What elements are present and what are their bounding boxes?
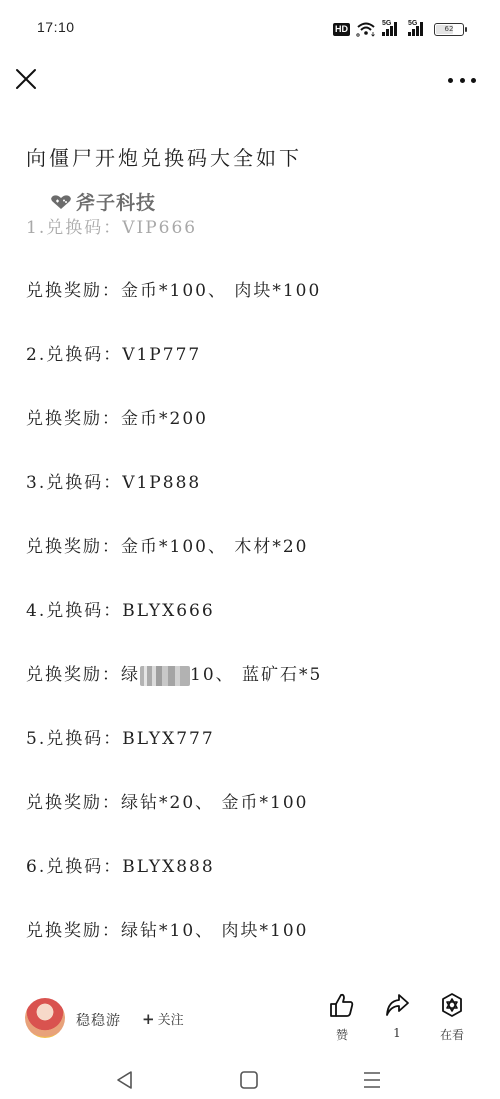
- status-bar: 17:10 HD 5G 5G 62: [0, 0, 500, 60]
- entry-4-code: 4.兑换码：BLYX666: [26, 596, 215, 621]
- entry-2-code: 2.兑换码：V1P777: [26, 340, 201, 365]
- article-footer: 稳稳游 + 关注 赞 1 在看: [0, 988, 500, 1048]
- top-nav: [0, 60, 500, 100]
- share-icon: [384, 992, 410, 1018]
- more-horizontal-icon: [448, 78, 453, 83]
- entry-1-code: 1.兑换码：VIP666: [26, 213, 197, 238]
- cell-signal-icon-1: 5G: [382, 22, 402, 36]
- entry-2-reward: 兑换奖励：金币*200: [26, 404, 208, 429]
- entry-4-reward: 兑换奖励：绿10、 蓝矿石*5: [26, 660, 322, 686]
- plus-icon: +: [142, 1010, 155, 1028]
- home-square-icon: [237, 1068, 261, 1092]
- more-options-button[interactable]: [448, 70, 476, 90]
- article-title: 向僵尸开炮兑换码大全如下: [26, 140, 476, 176]
- close-icon: [14, 67, 38, 91]
- battery-icon: 62: [434, 23, 464, 36]
- entry-1-reward: 兑换奖励：金币*100、 肉块*100: [26, 276, 321, 301]
- close-button[interactable]: [14, 67, 38, 91]
- entry-3-reward: 兑换奖励：金币*100、 木材*20: [26, 532, 308, 557]
- watermark-text: 斧子科技: [76, 188, 156, 215]
- thumbs-up-icon: [329, 992, 355, 1018]
- entry-5-code: 5.兑换码：BLYX777: [26, 724, 215, 749]
- entry-5-reward: 兑换奖励：绿钻*20、 金币*100: [26, 788, 308, 813]
- back-button[interactable]: [113, 1068, 137, 1092]
- gamepad-heart-icon: [50, 194, 72, 210]
- cell-signal-icon-2: 5G: [408, 22, 428, 36]
- author-name[interactable]: 稳稳游: [76, 1010, 121, 1030]
- follow-button[interactable]: + 关注: [142, 1009, 184, 1028]
- wow-star-icon: [439, 992, 465, 1018]
- home-button[interactable]: [237, 1068, 261, 1092]
- wow-button[interactable]: 在看: [430, 992, 474, 1043]
- wifi-icon: [356, 22, 376, 37]
- article-body: 向僵尸开炮兑换码大全如下 斧子科技 1.兑换码：VIP666 兑换奖励：金币*1…: [26, 140, 476, 176]
- system-navigation-bar: [0, 1068, 500, 1099]
- hd-voice-icon: HD: [333, 23, 350, 36]
- smudged-text-overlay: [140, 666, 190, 686]
- like-button[interactable]: 赞: [320, 992, 364, 1043]
- entry-6-reward: 兑换奖励：绿钻*10、 肉块*100: [26, 916, 308, 941]
- entry-3-code: 3.兑换码：V1P888: [26, 468, 201, 493]
- status-icons: HD 5G 5G 62: [333, 20, 464, 38]
- watermark: 斧子科技: [50, 188, 156, 215]
- entry-6-code: 6.兑换码：BLYX888: [26, 852, 215, 877]
- menu-lines-icon: [360, 1068, 384, 1092]
- author-avatar[interactable]: [25, 998, 65, 1038]
- status-time: 17:10: [37, 19, 75, 35]
- share-button[interactable]: 1: [375, 992, 419, 1040]
- recents-button[interactable]: [360, 1068, 384, 1092]
- back-triangle-icon: [113, 1068, 137, 1092]
